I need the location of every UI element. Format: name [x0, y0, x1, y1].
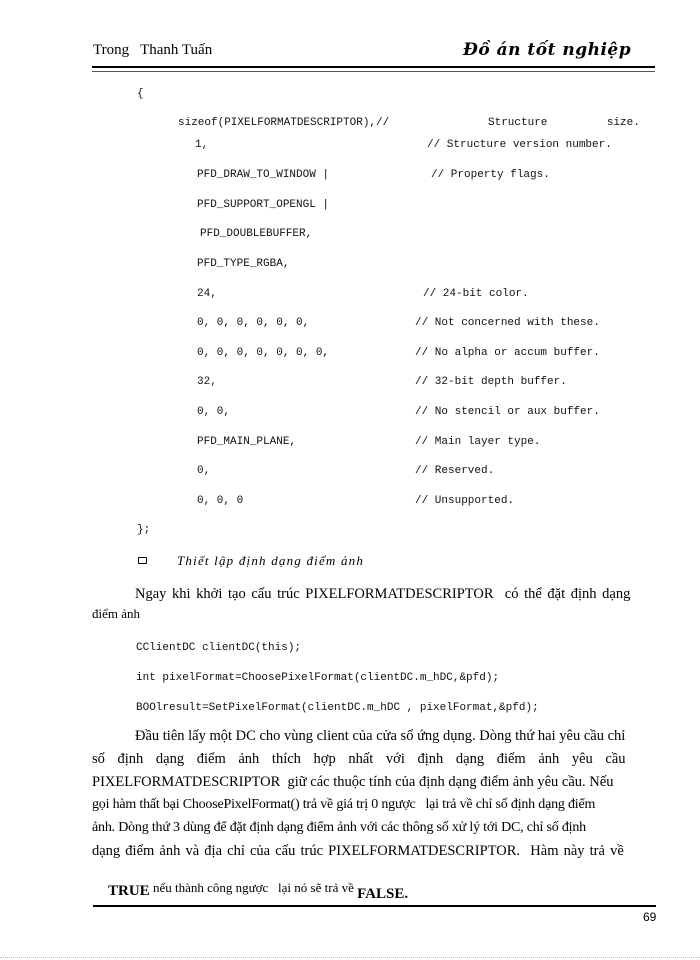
code-comment: // No stencil or aux buffer. [415, 406, 600, 418]
code-line: 0, 0, 0 [197, 495, 243, 507]
code-line: CClientDC clientDC(this); [136, 642, 301, 654]
paragraph-text: nếu thành công ngược lại nó sẽ trả về [150, 880, 357, 895]
code-line: 1, [195, 139, 208, 151]
code-comment: // Unsupported. [415, 495, 514, 507]
code-line: PFD_DOUBLEBUFFER, [200, 228, 312, 240]
paragraph-line: số định dạng điểm ảnh thích hợp nhất với… [92, 751, 626, 768]
code-line: int pixelFormat=ChoosePixelFormat(client… [136, 672, 499, 684]
paragraph-last-line: TRUE nếu thành công ngược lại nó sẽ trả … [92, 864, 408, 918]
code-line: 24, [197, 288, 217, 300]
header-title: Đồ án tốt nghiệp [463, 40, 631, 60]
code-comment: // 24-bit color. [423, 288, 529, 300]
paragraph-line: dạng điểm ảnh và địa chỉ của cấu trúc PI… [92, 843, 624, 860]
code-line: sizeof(PIXELFORMATDESCRIPTOR),// [178, 117, 389, 129]
code-line: PFD_DRAW_TO_WINDOW | [197, 169, 329, 181]
code-comment: Structure size. [488, 117, 640, 129]
code-comment: // 32-bit depth buffer. [415, 376, 567, 388]
footer-rule [93, 905, 656, 907]
paragraph-line: ảnh. Dòng thứ 3 dùng để đặt định dạng đi… [92, 820, 586, 836]
code-line: PFD_TYPE_RGBA, [197, 258, 289, 270]
code-line: 0, 0, 0, 0, 0, 0, 0, [197, 347, 329, 359]
header-rule-thick [92, 66, 655, 68]
section-heading: Thiết lập định dạng điểm ảnh [177, 553, 364, 569]
header-rule-thin [92, 71, 655, 72]
code-line: PFD_MAIN_PLANE, [197, 436, 296, 448]
close-brace: }; [137, 524, 150, 536]
paragraph-line: PIXELFORMATDESCRIPTOR giữ các thuộc tính… [92, 774, 613, 791]
false-keyword: FALSE. [357, 886, 408, 902]
true-keyword: TRUE [108, 883, 150, 899]
code-comment: // Reserved. [415, 465, 494, 477]
paragraph-line: Đầu tiên lấy một DC cho vùng client của … [135, 728, 625, 745]
code-comment: // No alpha or accum buffer. [415, 347, 600, 359]
paragraph-line: Ngay khi khởi tạo cấu trúc PIXELFORMATDE… [135, 586, 630, 603]
code-line: 0, [197, 465, 210, 477]
code-line: 0, 0, [197, 406, 230, 418]
code-line: 32, [197, 376, 217, 388]
paragraph-line: gọi hàm thất bại ChoosePixelFormat() trả… [92, 797, 595, 813]
page-boundary [0, 957, 700, 958]
header-author: Trong Thanh Tuấn [93, 42, 212, 59]
code-line: 0, 0, 0, 0, 0, 0, [197, 317, 309, 329]
code-comment: // Structure version number. [427, 139, 612, 151]
code-comment: // Not concerned with these. [415, 317, 600, 329]
open-brace: { [137, 88, 144, 100]
code-line: BOOlresult=SetPixelFormat(clientDC.m_hDC… [136, 702, 539, 714]
square-bullet-icon [138, 557, 147, 564]
page-number: 69 [643, 910, 656, 924]
paragraph-line: điểm ảnh [92, 606, 140, 622]
code-comment: // Main layer type. [415, 436, 540, 448]
code-comment: // Property flags. [431, 169, 550, 181]
code-line: PFD_SUPPORT_OPENGL | [197, 199, 329, 211]
